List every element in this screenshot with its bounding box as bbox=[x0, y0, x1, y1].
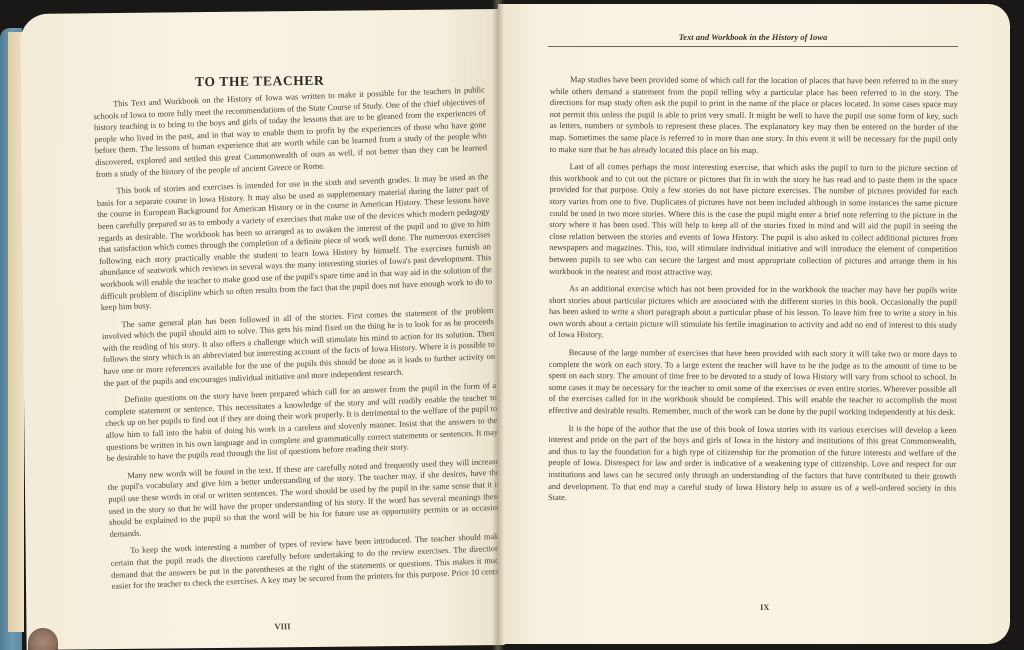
left-page: TO THE TEACHER This Text and Workbook on… bbox=[20, 9, 505, 650]
paragraph: This book of stories and exercises is in… bbox=[96, 171, 493, 313]
thumb bbox=[28, 628, 58, 650]
paragraph: Definite questions on the story have bee… bbox=[104, 380, 498, 465]
book-gutter bbox=[492, 0, 504, 650]
paragraph: The same general plan has been followed … bbox=[101, 305, 495, 390]
right-page: Text and Workbook in the History of Iowa… bbox=[498, 4, 1010, 644]
paragraph: It is the hope of the author that the us… bbox=[548, 423, 956, 506]
left-page-body: This Text and Workbook on the History of… bbox=[93, 84, 504, 598]
paragraph: This Text and Workbook on the History of… bbox=[93, 84, 488, 180]
paragraph: To keep the work interesting a number of… bbox=[110, 531, 503, 592]
paragraph: Many new words will be found in the text… bbox=[107, 456, 501, 541]
paragraph: Last of all comes perhaps the most inter… bbox=[549, 161, 958, 279]
paragraph: Map studies have been provided some of w… bbox=[550, 74, 958, 157]
paragraph: As an additional exercise which has not … bbox=[549, 283, 957, 343]
page-number: VIII bbox=[274, 621, 290, 631]
right-page-body: Map studies have been provided some of w… bbox=[548, 74, 958, 512]
page-number: IX bbox=[760, 602, 769, 612]
running-head: Text and Workbook in the History of Iowa bbox=[548, 32, 958, 47]
paragraph: Because of the large number of exercises… bbox=[549, 347, 957, 418]
